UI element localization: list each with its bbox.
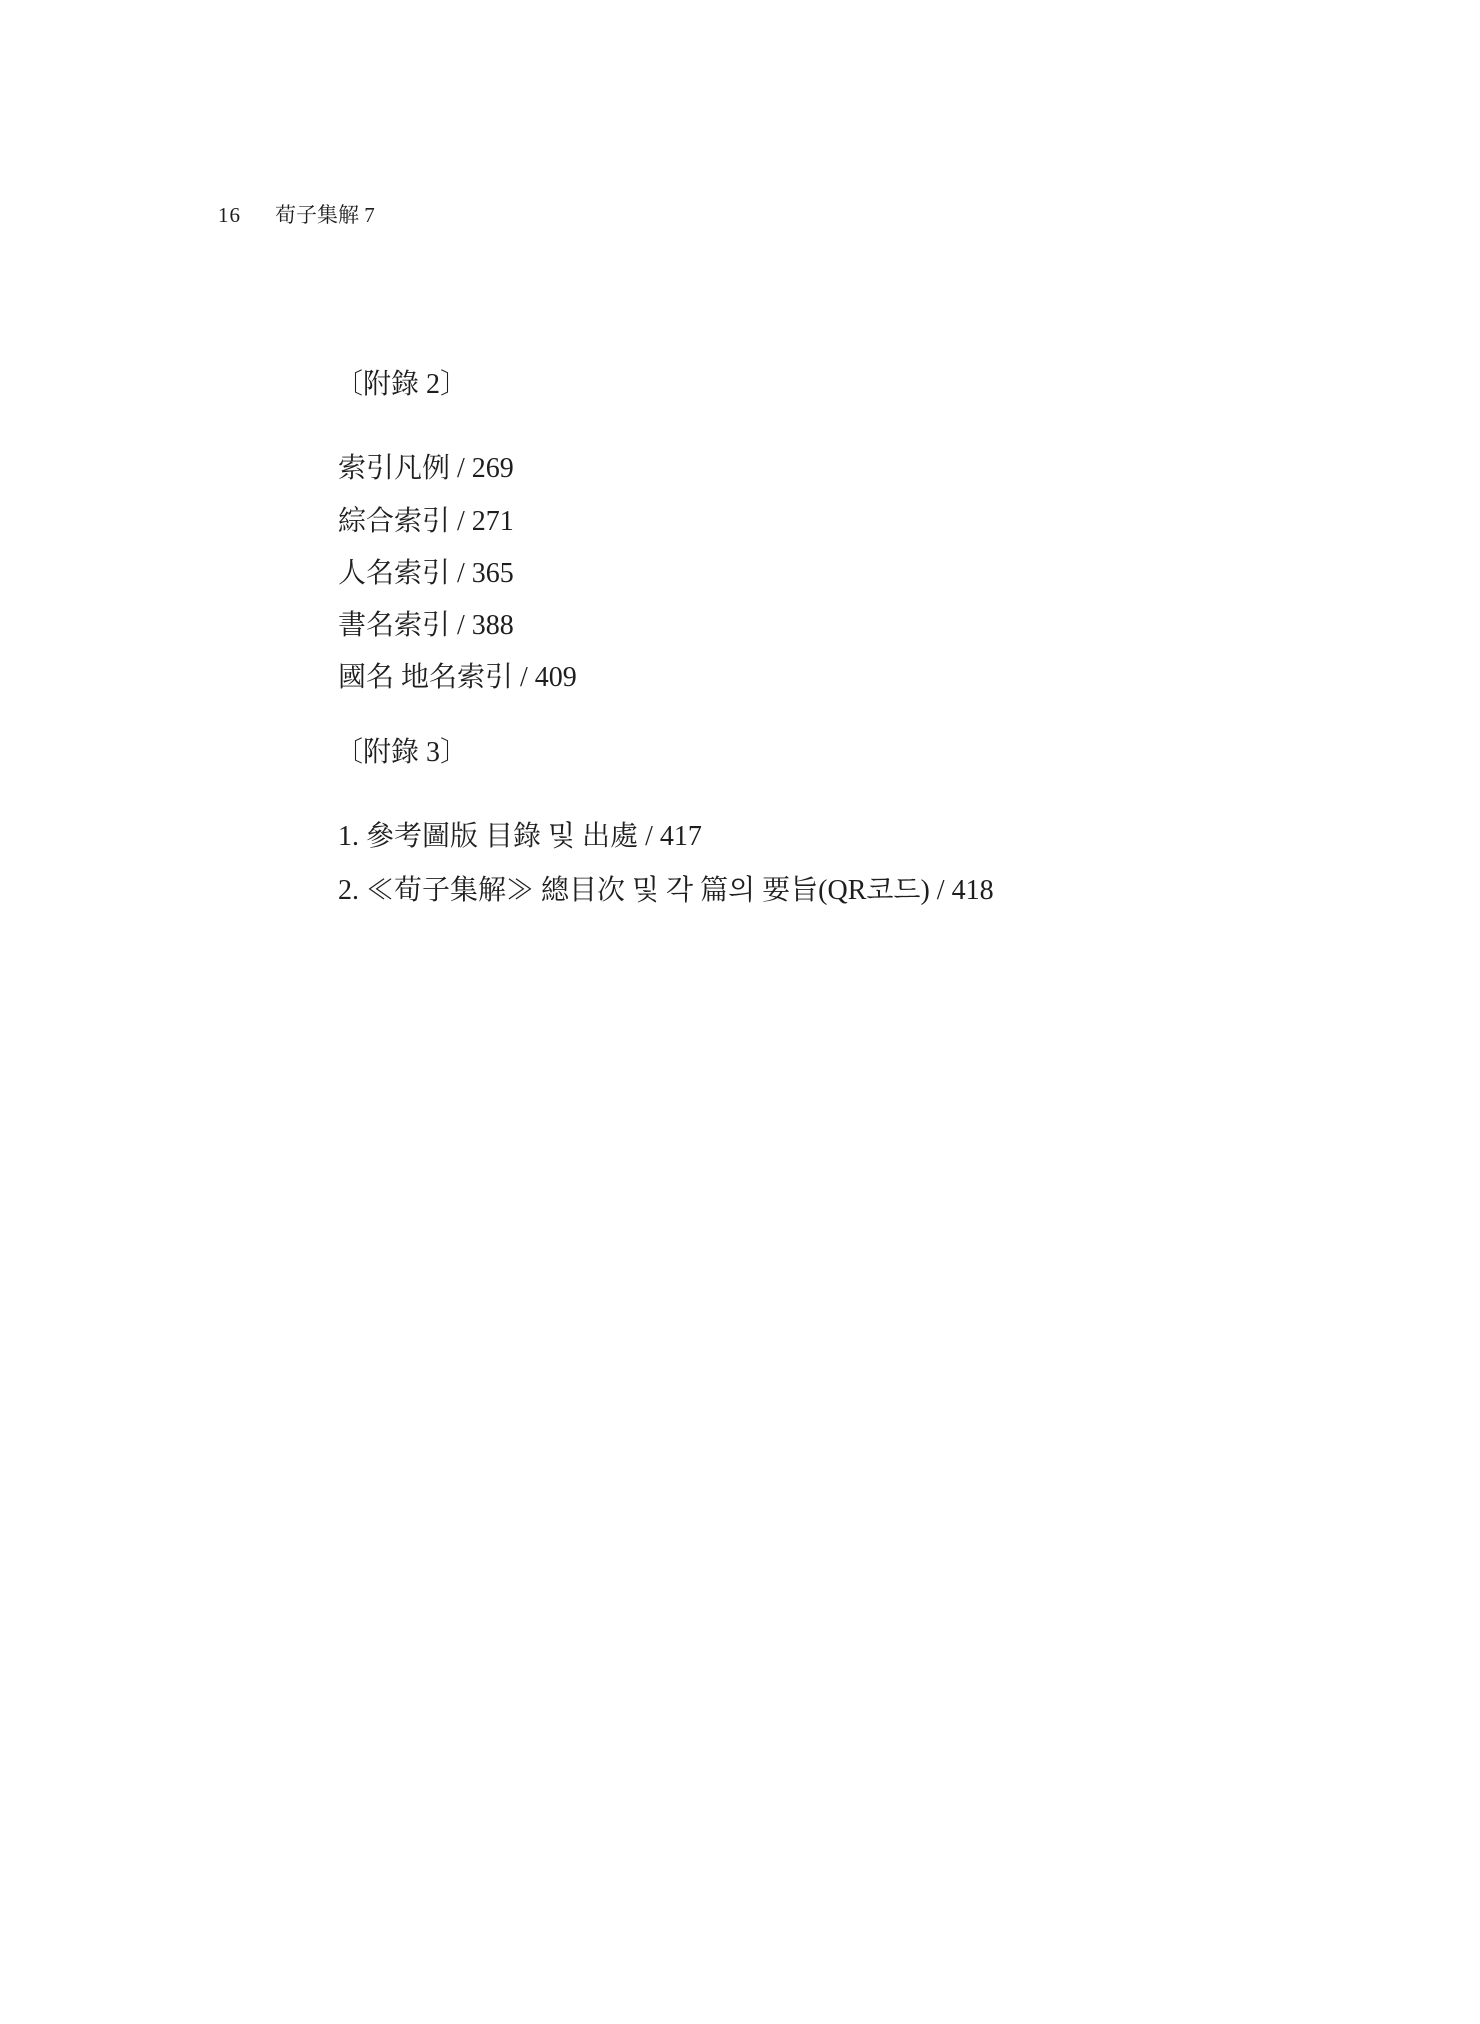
page-number: 16 — [218, 204, 241, 227]
toc-page-number: 409 — [535, 662, 577, 693]
toc-entry-title: 2. ≪荀子集解≫ 總目次 및 각 篇의 要旨(QR코드) — [338, 875, 930, 906]
section-heading-appendix-3: 〔附錄 3〕 — [335, 738, 468, 769]
toc-entry: 2. ≪荀子集解≫ 總目次 및 각 篇의 要旨(QR코드) / 418 — [310, 845, 994, 937]
running-header: 16荀子集解 7 — [197, 181, 375, 250]
document-page: 16荀子集解 7 〔附錄 2〕 索引凡例 / 269 綜合索引 / 271 人名… — [0, 0, 1480, 2024]
toc-page-number: 418 — [952, 875, 994, 906]
toc-entry-title: 國名 地名索引 — [338, 662, 513, 693]
section-heading-appendix-2: 〔附錄 2〕 — [335, 370, 468, 401]
toc-entry: 國名 地名索引 / 409 — [310, 632, 577, 724]
toc-separator: / — [513, 662, 535, 693]
toc-separator: / — [930, 875, 952, 906]
book-title: 荀子集解 7 — [275, 203, 375, 227]
